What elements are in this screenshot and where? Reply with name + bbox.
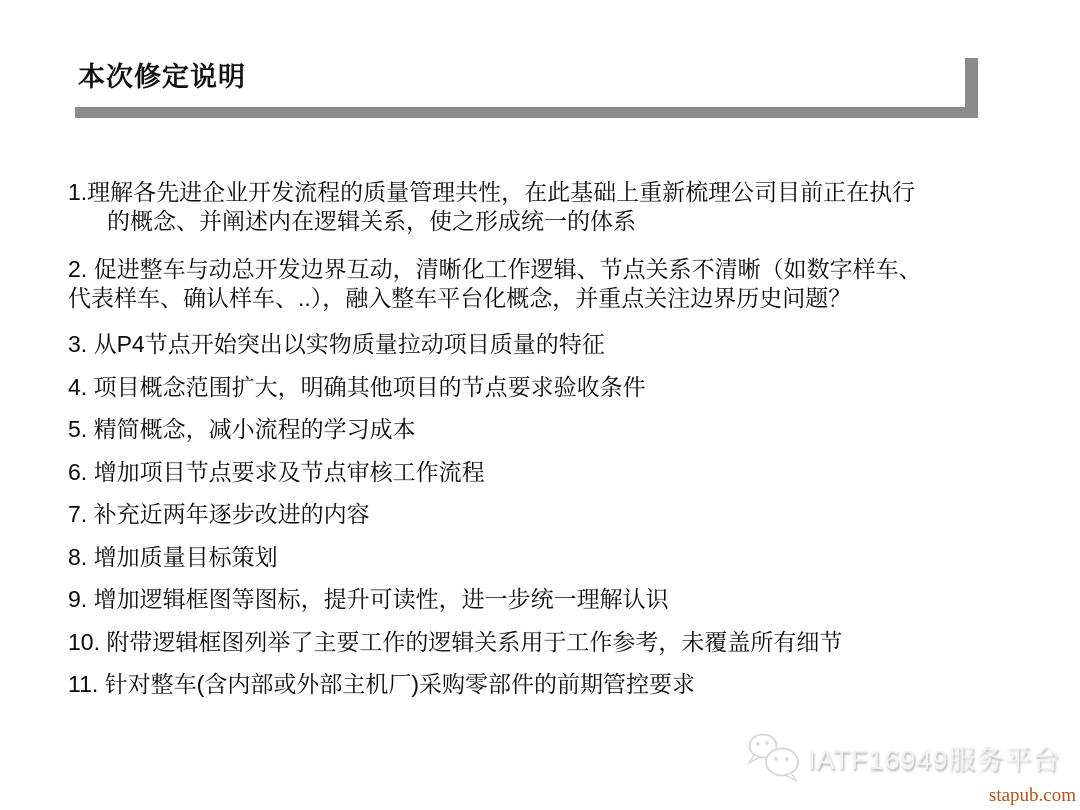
list-item: 7. 补充近两年逐步改进的内容: [68, 500, 998, 529]
revision-notes-list: 1.理解各先进企业开发流程的质量管理共性，在此基础上重新梳理公司目前正在执行 的…: [68, 178, 998, 713]
list-item: 1.理解各先进企业开发流程的质量管理共性，在此基础上重新梳理公司目前正在执行 的…: [68, 178, 998, 236]
list-item: 10. 附带逻辑框图列举了主要工作的逻辑关系用于工作参考，未覆盖所有细节: [68, 628, 998, 657]
list-item-text: 1.理解各先进企业开发流程的质量管理共性，在此基础上重新梳理公司目前正在执行: [68, 178, 998, 207]
watermark-label: IATF16949服务平台: [808, 738, 1061, 777]
list-item: 4. 项目概念范围扩大，明确其他项目的节点要求验收条件: [68, 373, 998, 402]
list-item: 2. 促进整车与动总开发边界互动，清晰化工作逻辑、节点关系不清晰（如数字样车、 …: [68, 255, 998, 313]
watermark: IATF16949服务平台: [746, 731, 1061, 783]
wechat-icon: [746, 731, 802, 783]
list-item: 3. 从P4节点开始突出以实物质量拉动项目质量的特征: [68, 330, 998, 359]
title-shadow-horizontal-bar: [75, 107, 978, 118]
list-item: 9. 增加逻辑框图等图标，提升可读性，进一步统一理解认识: [68, 585, 998, 614]
list-item-text: 4. 项目概念范围扩大，明确其他项目的节点要求验收条件: [68, 373, 998, 402]
presentation-slide: 本次修定说明 1.理解各先进企业开发流程的质量管理共性，在此基础上重新梳理公司目…: [0, 0, 1080, 810]
list-item-text: 9. 增加逻辑框图等图标，提升可读性，进一步统一理解认识: [68, 585, 998, 614]
list-item-text: 5. 精简概念，减小流程的学习成本: [68, 415, 998, 444]
list-item-text: 11. 针对整车(含内部或外部主机厂)采购零部件的前期管控要求: [68, 670, 998, 699]
list-item: 6. 增加项目节点要求及节点审核工作流程: [68, 458, 998, 487]
list-item-text: 代表样车、确认样车、..），融入整车平台化概念，并重点关注边界历史问题？: [68, 284, 998, 313]
list-item-text: 10. 附带逻辑框图列举了主要工作的逻辑关系用于工作参考，未覆盖所有细节: [68, 628, 998, 657]
site-url: stapub.com: [989, 785, 1076, 807]
page-title: 本次修定说明: [78, 60, 246, 94]
list-item-text: 7. 补充近两年逐步改进的内容: [68, 500, 998, 529]
list-item: 5. 精简概念，减小流程的学习成本: [68, 415, 998, 444]
list-item-text: 8. 增加质量目标策划: [68, 543, 998, 572]
list-item: 11. 针对整车(含内部或外部主机厂)采购零部件的前期管控要求: [68, 670, 998, 699]
list-item: 8. 增加质量目标策划: [68, 543, 998, 572]
list-item-text: 3. 从P4节点开始突出以实物质量拉动项目质量的特征: [68, 330, 998, 359]
list-item-text: 的概念、并阐述内在逻辑关系，使之形成统一的体系: [68, 207, 998, 236]
list-item-text: 2. 促进整车与动总开发边界互动，清晰化工作逻辑、节点关系不清晰（如数字样车、: [68, 255, 998, 284]
list-item-text: 6. 增加项目节点要求及节点审核工作流程: [68, 458, 998, 487]
